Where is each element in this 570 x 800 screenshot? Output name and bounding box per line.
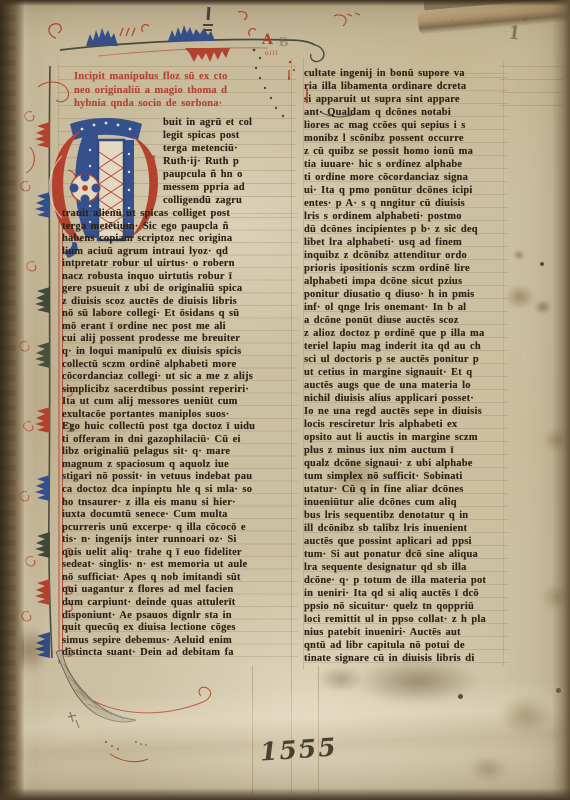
text-line: intpretatr robur ul uirtus· o robern bbox=[62, 258, 298, 271]
text-line: nius patebit inueniri· Auctēs aut bbox=[304, 626, 508, 639]
text-line: dū dcōnes incipientes p b· z sic deq bbox=[304, 223, 508, 236]
text-line: libet lra alphabeti· usq ad finem bbox=[304, 236, 508, 249]
text-line: in ueniri· Ita qd si aliq auctēs ī dcō bbox=[304, 587, 508, 600]
text-line: bus lris sequentibz denotatur q in bbox=[304, 509, 508, 522]
text-line: alphabeti impa dcōne sicut pzius bbox=[304, 275, 508, 288]
page-edge-right bbox=[552, 0, 570, 800]
text-line: stigari nō possit· in vetuus indebat pau bbox=[62, 471, 298, 484]
text-line: quis uelit aliq· trahe q ī euo fideliter bbox=[62, 547, 298, 560]
text-line: ho tnsaurer· z illa eis manu si hier· bbox=[62, 497, 298, 510]
ink-spot bbox=[522, 16, 528, 21]
text-line: nō sū labore collegi· Et ōsidans q sū bbox=[62, 308, 298, 321]
parchment-top-right-corner bbox=[424, 0, 570, 15]
parchment-fold-crease bbox=[417, 0, 570, 35]
folio-number: 1 bbox=[508, 19, 521, 45]
stain bbox=[543, 428, 570, 452]
text-line: ca doctoz dca inpinptu hle q si mla· so bbox=[62, 484, 298, 497]
ink-spot bbox=[540, 262, 544, 266]
text-line: nichil diuisis alius applicari posset· bbox=[304, 392, 508, 405]
text-line: ut cetius in margine signauit· Et q bbox=[304, 366, 508, 379]
ruling-lines-right-margin bbox=[500, 66, 564, 110]
text-line: paupcula ñ hn o bbox=[163, 168, 252, 181]
text-line: quit quecūq ex diuisa lectione cōges bbox=[62, 622, 298, 635]
red-margin-tick bbox=[288, 70, 290, 80]
text-line: Ego huic collectū post tga doctoz ī uidu bbox=[62, 421, 298, 434]
text-line: collectū sczm ordinē alphabeti more bbox=[62, 359, 298, 372]
text-line: distincta suant· Dein ad debitam fa bbox=[62, 647, 298, 660]
text-line: Ita ut cum alij messores ueniūt cum bbox=[62, 396, 298, 409]
ink-spot bbox=[458, 694, 463, 699]
text-line: tia iuuare· hic s ordinez alphabe bbox=[304, 158, 508, 171]
text-line: trauit alienū ut spicas colliget post bbox=[62, 208, 298, 221]
page-edge-top bbox=[0, 0, 570, 6]
text-line: z diuisis scoz auctēs de diuisis libris bbox=[62, 296, 298, 309]
paraph-mark: ¶ bbox=[151, 154, 156, 164]
shelf-number: 1555 bbox=[259, 732, 338, 766]
text-line: tum simplex nō sufficit· Sobinati bbox=[304, 470, 508, 483]
signature-letter-red: A bbox=[262, 32, 272, 48]
text-line: magnum z spaciosum q aquolz iue bbox=[62, 459, 298, 472]
text-line: dum carpiunt· deinde quas attulerīt bbox=[62, 597, 298, 610]
text-line: lris s ordinem alphabeti· postmo bbox=[304, 210, 508, 223]
column-1-text: trauit alienū ut spicas colliget postter… bbox=[62, 208, 298, 664]
text-line: habens copiam scriptoz nec origina bbox=[62, 233, 298, 246]
text-line: teriel lapiu mag inderit ita qd au ch bbox=[304, 340, 508, 353]
text-line: messem ppria ad bbox=[163, 181, 252, 194]
incipit-rubric: Incipit manipulus floz sū ex ctoneo orig… bbox=[74, 70, 228, 111]
text-line: libz originaliū pelagus sit· q· mare bbox=[62, 446, 298, 459]
quire-mark-dash bbox=[203, 24, 213, 26]
text-line: Incipit manipulus floz sū ex cto bbox=[74, 70, 228, 84]
quire-mark-dash bbox=[204, 29, 212, 31]
text-line: q· in loqui manipulū ex diuisis spicis bbox=[62, 346, 298, 359]
text-line: ill dcōnibz sb talibz lris inuenient bbox=[304, 522, 508, 535]
text-line: ppsio nō sicuitur· quelz tn qoppriū bbox=[304, 600, 508, 613]
text-line: inf· ol qnge lris onemant· In b al bbox=[304, 301, 508, 314]
text-line: Io ne una regd auctēs sepe in diuisis bbox=[304, 405, 508, 418]
quire-mark-stroke bbox=[207, 7, 210, 20]
text-line: ria illa libamenta ordinare dcreta bbox=[304, 80, 508, 93]
text-line: locis resciretur lris alphabeti ex bbox=[304, 418, 508, 431]
text-line: auctēs augs que de una materia lo bbox=[304, 379, 508, 392]
text-line: buit in agrū et col bbox=[163, 116, 252, 129]
text-line: lra sequente designatur qd sb illa bbox=[304, 561, 508, 574]
stain bbox=[468, 756, 508, 782]
text-line: Ruth·ij· Ruth p bbox=[163, 155, 252, 168]
text-line: hybnia qnda socio de sorbona· bbox=[74, 97, 228, 111]
text-line: cui alij possent prodesse me breuiter bbox=[62, 333, 298, 346]
text-line: dcōne· q· p totum de illa materia pot bbox=[304, 574, 508, 587]
text-line: prioris ipositionis sczm ordinē lire bbox=[304, 262, 508, 275]
ink-spot bbox=[556, 688, 561, 693]
stain bbox=[540, 583, 570, 611]
text-line: tinate signare cū in diuisis libris di bbox=[304, 652, 508, 665]
text-line: tum· Si aut ponatur dcō sine aliqua bbox=[304, 548, 508, 561]
text-line: liores ac mag ccōes qui sepius i s bbox=[304, 119, 508, 132]
text-line: inquibz z dcōnibz attenditur ordo bbox=[304, 249, 508, 262]
text-line: monibz l scōnibz possent occurre bbox=[304, 132, 508, 145]
text-line: entes· p A· s q nngitur cū diuisis bbox=[304, 197, 508, 210]
text-line: nō sufficiat· Apes q nob imitandi sūt bbox=[62, 572, 298, 585]
text-line: sedeat· singlis· n· est memoria ut aule bbox=[62, 559, 298, 572]
text-line: a dcōne ponūt diuse auctēs scoz bbox=[304, 314, 508, 327]
text-line: qui uagantur z flores ad mel facien bbox=[62, 584, 298, 597]
text-line: auctēs que possint aplicari ad ppsi bbox=[304, 535, 508, 548]
text-line: mō erant ī ordine nec post me ali bbox=[62, 321, 298, 334]
text-line: tis· n· ingenijs inter runnoari oz· Si bbox=[62, 534, 298, 547]
signature-submark: oiii bbox=[265, 49, 278, 57]
ink-spot bbox=[450, 18, 454, 22]
text-line: neo originaliū a magio thoma d bbox=[74, 84, 228, 98]
text-line: simus sepire debemus· Aeluid enim bbox=[62, 635, 298, 648]
text-line: qntū ad libr capitula nō potui de bbox=[304, 639, 508, 652]
stain bbox=[534, 300, 552, 314]
text-line: si apparuit ut supra sint appare bbox=[304, 93, 508, 106]
text-line: cultate ingenij in bonū supore va bbox=[304, 67, 508, 80]
binding-gutter-texture bbox=[0, 0, 16, 800]
text-line: z cū quibz se possit homo ionū ma bbox=[304, 145, 508, 158]
text-line: nacz robusta inquo uirtutis robur ī bbox=[62, 271, 298, 284]
text-line: legit spicas post bbox=[163, 129, 252, 142]
text-line: qualz dcōne signaui· z ubi alphabe bbox=[304, 457, 508, 470]
text-line: exultacōe portantes maniplos suos· bbox=[62, 409, 298, 422]
text-line: lium aciuū agrum intraui lyoz· qd bbox=[62, 246, 298, 259]
text-line: sci ul doctoris p se auctēs ponitur p bbox=[304, 353, 508, 366]
text-line: ti offeram in dni gazophilaciū· Cū ei bbox=[62, 434, 298, 447]
text-line: simplicibz sacerdtibus possint reperiri· bbox=[62, 384, 298, 397]
text-line: z alioz doctoz p ordinē que p illa ma bbox=[304, 327, 508, 340]
text-line: iuxta documtū senece· Cum multa bbox=[62, 509, 298, 522]
manuscript-page-photo: A B oiii bbox=[0, 0, 570, 800]
text-line: ui· Ita q pmo ponūtur dcōnes icipi bbox=[304, 184, 508, 197]
text-line: disponiunt· Ae psauos dignlr sta in bbox=[62, 610, 298, 623]
stain bbox=[498, 695, 554, 735]
text-line: ti ordine more cōcordanciaz signa bbox=[304, 171, 508, 184]
text-line: opsito aut li auctis in margine sczm bbox=[304, 431, 508, 444]
column-1-opening-lines: buit in agrū et collegit spicas postterg… bbox=[163, 116, 252, 207]
stain bbox=[513, 250, 525, 260]
text-line: loci remittit ul in ppso collat· z h pla bbox=[304, 613, 508, 626]
stain bbox=[505, 285, 535, 309]
text-line: terga metētium· Sic ego paupcla ñ bbox=[62, 221, 298, 234]
red-margin-tick bbox=[306, 88, 308, 103]
column-2-text: cultate ingenij in bonū supore varia ill… bbox=[304, 67, 508, 669]
text-line: colligendū zagru bbox=[163, 194, 252, 207]
text-line: ant· Qualdam q dcōnes notabi bbox=[304, 106, 508, 119]
text-line: pcurreris unū excerpe· q illa cōcocō e bbox=[62, 522, 298, 535]
text-line: utatur· Cū q in fine aliar dcōnes bbox=[304, 483, 508, 496]
quire-mark bbox=[201, 7, 217, 35]
text-line: plus z minus iux nim auctum ī bbox=[304, 444, 508, 457]
text-line: terga metenciū· bbox=[163, 142, 252, 155]
text-line: inueniūtur alie dcōnes cum aliq bbox=[304, 496, 508, 509]
text-line: cōcordanciaz collegi· ut sic a me z alij… bbox=[62, 371, 298, 384]
text-line: ponitur diusatio q diuso· h in pmis bbox=[304, 288, 508, 301]
text-line: gere psueuit z ubi de originaliū spica bbox=[62, 283, 298, 296]
signature-letter-faint: B bbox=[279, 35, 288, 51]
